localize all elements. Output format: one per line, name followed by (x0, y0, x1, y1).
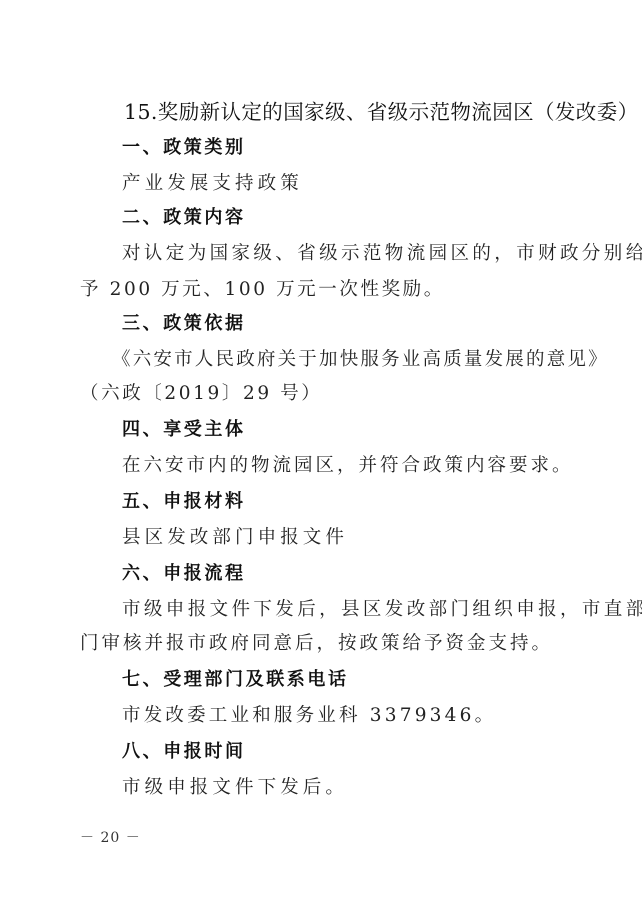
section-body-policy-basis-line-2: （六政〔2019〕29 号） (80, 382, 322, 406)
page-number: － 20 － (80, 829, 141, 847)
document-page: 15.奖励新认定的国家级、省级示范物流园区（发改委） 一、政策类别 产业发展支持… (0, 0, 642, 907)
section-heading-beneficiary: 四、享受主体 (122, 418, 246, 442)
section-heading-application-process: 六、申报流程 (122, 562, 246, 586)
section-body-beneficiary: 在六安市内的物流园区，并符合政策内容要求。 (122, 454, 574, 478)
section-heading-contact: 七、受理部门及联系电话 (122, 668, 349, 692)
section-body-policy-content-line-1: 对认定为国家级、省级示范物流园区的，市财政分别给 (122, 242, 642, 266)
section-body-application-time: 市级申报文件下发后。 (122, 776, 348, 800)
section-body-policy-category: 产业发展支持政策 (122, 172, 303, 196)
section-heading-policy-category: 一、政策类别 (122, 136, 246, 160)
section-body-application-process-line-1: 市级申报文件下发后，县区发改部门组织申报，市直部 (122, 598, 642, 622)
section-heading-application-materials: 五、申报材料 (122, 490, 246, 514)
section-body-policy-basis-line-1: 《六安市人民政府关于加快服务业高质量发展的意见》 (112, 348, 609, 372)
section-heading-policy-content: 二、政策内容 (122, 206, 246, 230)
section-body-application-materials: 县区发改部门申报文件 (122, 526, 348, 550)
section-body-policy-content-line-2: 予 200 万元、100 万元一次性奖励。 (80, 278, 445, 302)
section-heading-policy-basis: 三、政策依据 (122, 312, 246, 336)
section-body-contact: 市发改委工业和服务业科 3379346。 (122, 704, 496, 728)
section-heading-application-time: 八、申报时间 (122, 740, 246, 764)
section-body-application-process-line-2: 门审核并报市政府同意后，按政策给予资金支持。 (80, 632, 553, 656)
document-title: 15.奖励新认定的国家级、省级示范物流园区（发改委） (124, 98, 639, 126)
